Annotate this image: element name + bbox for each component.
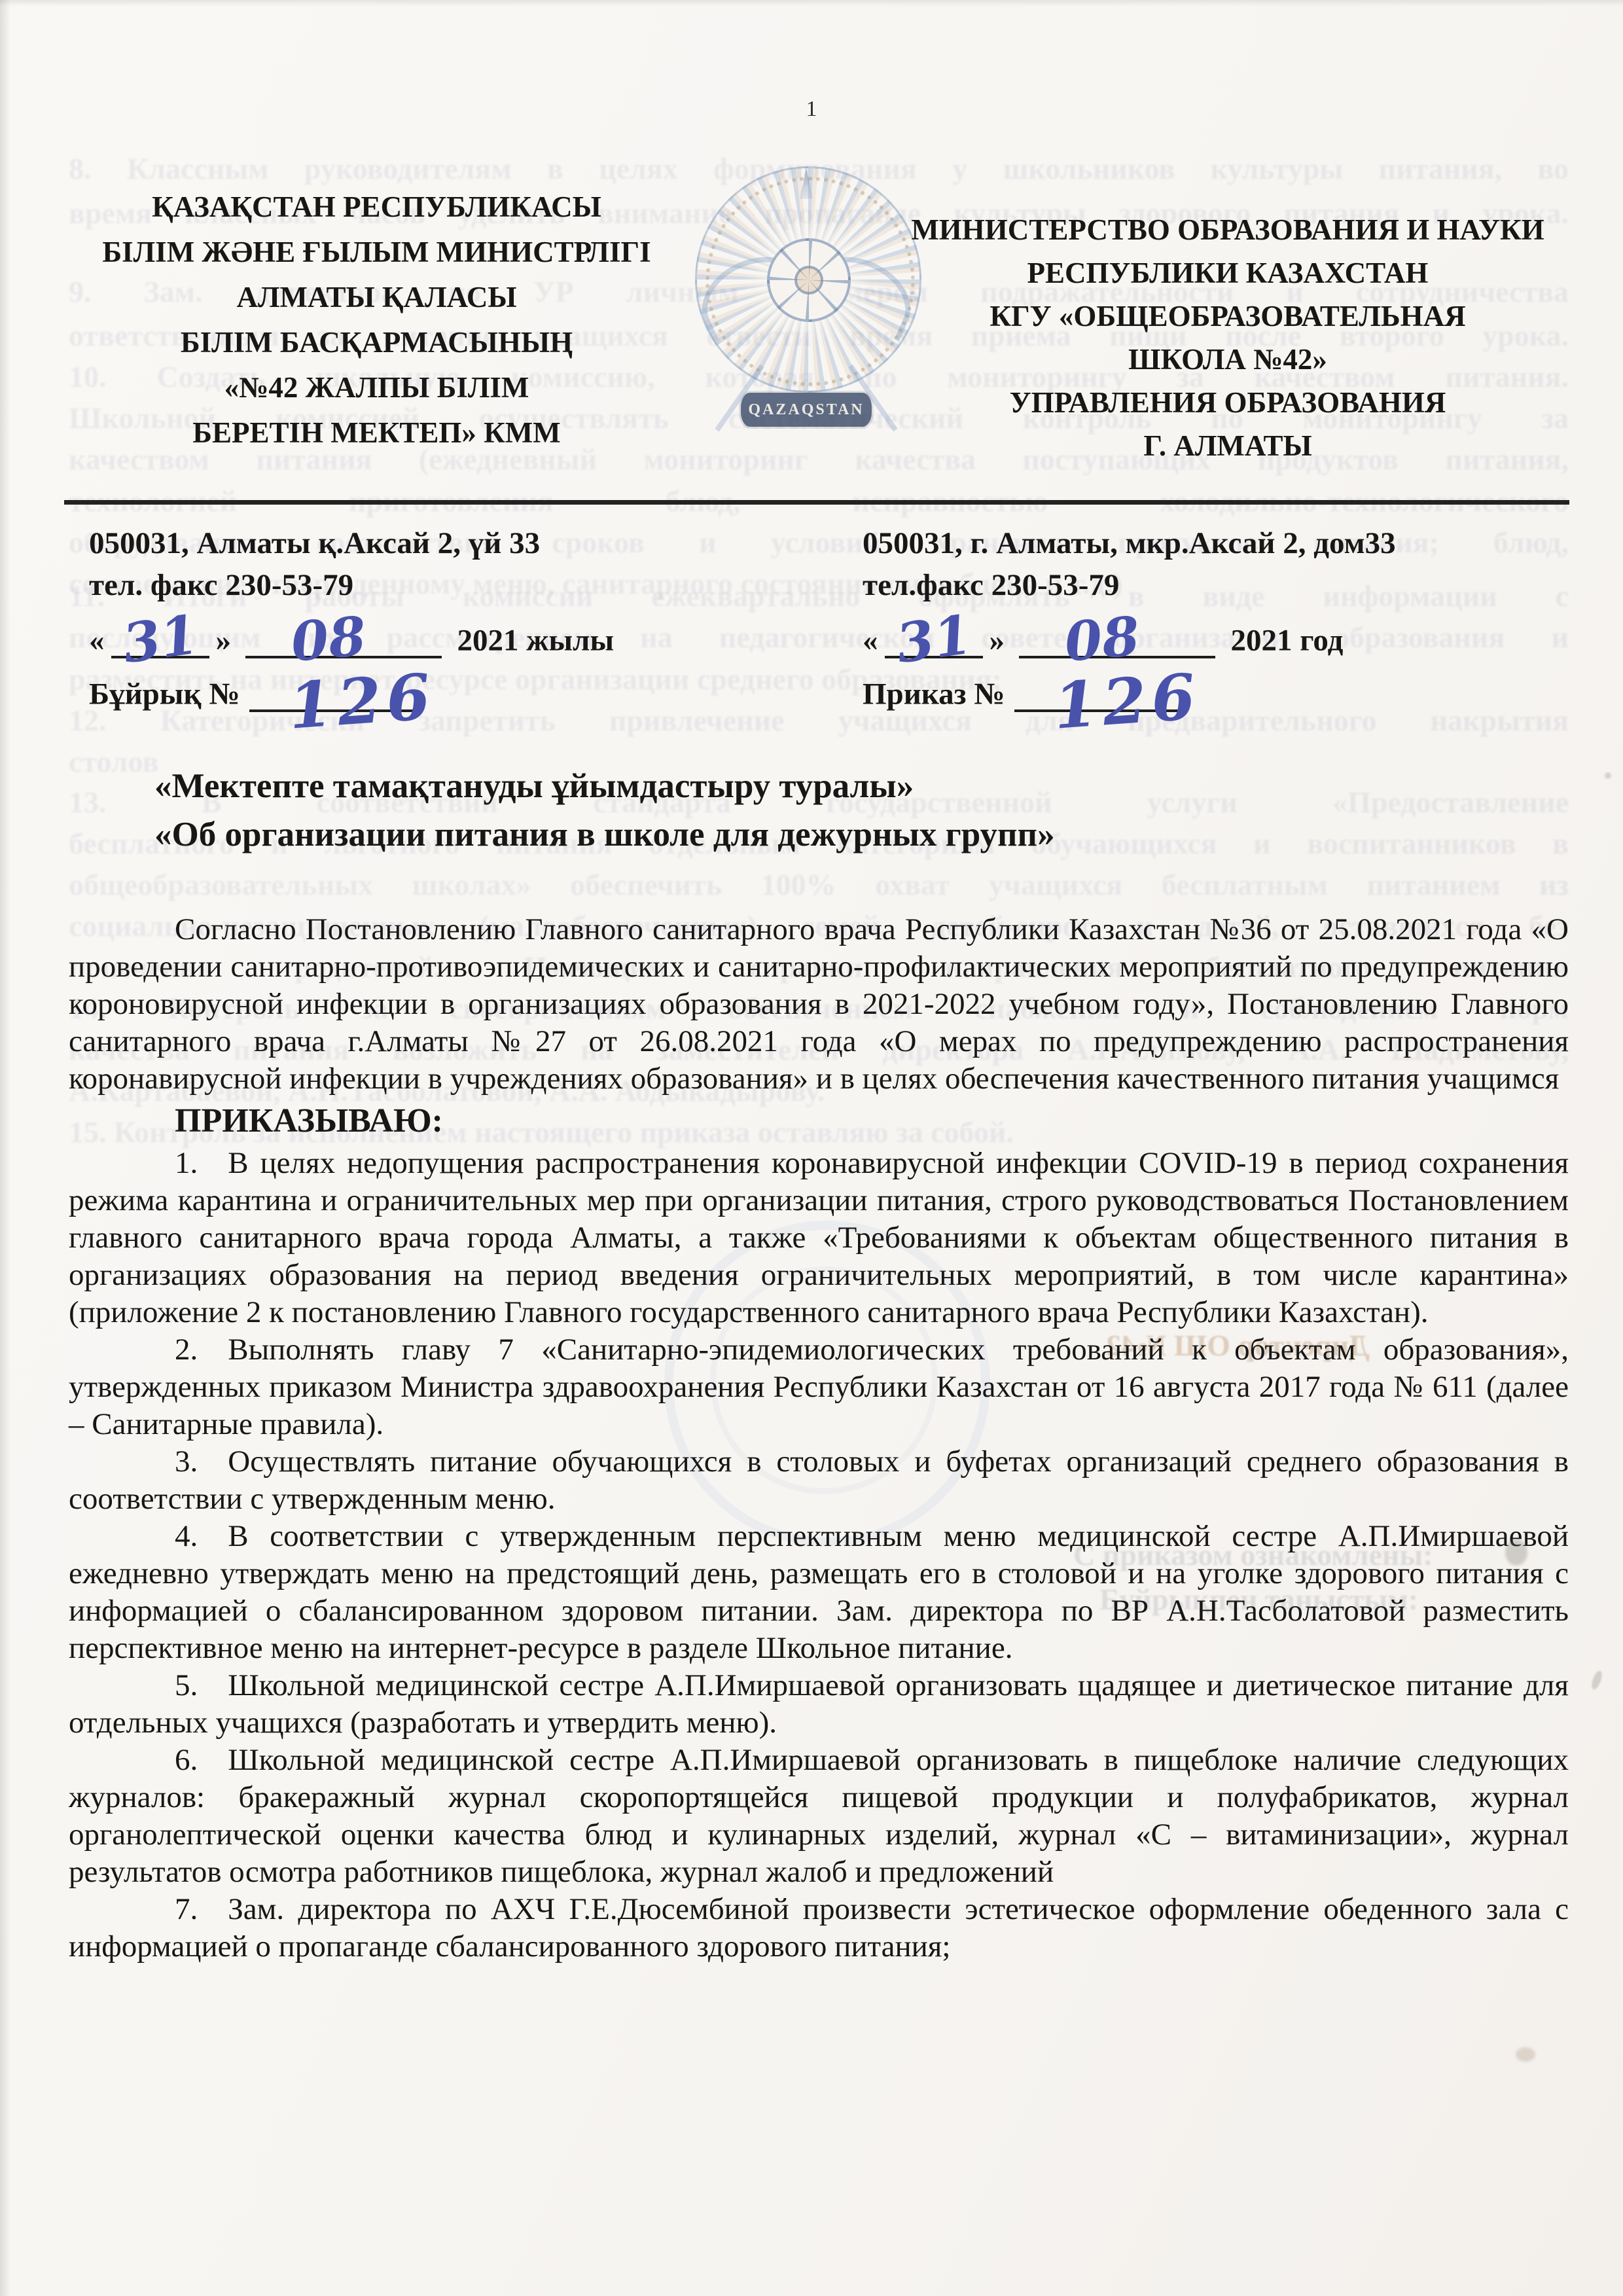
order-item: 3.Осуществлять питание обучающихся в сто… [69,1443,1569,1518]
order-number-kazakh: Бұйрық №126 [89,675,419,712]
letterhead-line: БІЛІМ БАСҚАРМАСЫНЫҢ [77,320,676,365]
order-number-blank: 126 [1014,675,1185,712]
order-label: Бұйрық № [89,677,240,711]
address-line: 050031, г. Алматы, мкр.Аксай 2, дом33 [863,522,1396,564]
scanned-order-page: 8. Классным руководителям в целях формир… [0,0,1623,2296]
item-number: 2. [175,1333,228,1367]
item-number: 6. [175,1743,228,1777]
item-text: В соответствии с утвержденным перспектив… [69,1519,1569,1665]
order-date-kazakh: «31»08 2021 жылы [89,622,614,658]
decree-keyword: ПРИКАЗЫВАЮ: [69,1098,1569,1145]
letterhead-line: МИНИСТЕРСТВО ОБРАЗОВАНИЯ И НАУКИ [878,208,1577,251]
year-label: 2021 год [1231,624,1344,658]
month-blank: 08 [1019,622,1215,658]
day-blank: 31 [111,622,209,658]
year-label: 2021 жылы [457,624,615,658]
item-text: Школьной медицинской сестре А.П.Имиршаев… [69,1668,1569,1740]
emblem-shanyrak [767,238,851,322]
title-line-kazakh: «Мектепте тамақтануды ұйымдастыру туралы… [154,762,1055,810]
phone-line: тел. факс 230-53-79 [89,564,540,606]
scan-edge-shadow [0,0,1623,7]
day-blank: 31 [885,622,983,658]
quote-open: « [89,624,105,658]
order-item: 2.Выполнять главу 7 «Санитарно-эпидемиол… [69,1331,1569,1443]
order-intro: Согласно Постановлению Главного санитарн… [69,911,1569,1098]
scan-speck [1605,772,1611,779]
letterhead-kazakh: ҚАЗАҚСТАН РЕСПУБЛИКАСЫ БІЛІМ ЖӘНЕ ҒЫЛЫМ … [77,185,676,456]
item-number: 3. [175,1444,228,1479]
document-content: 1 ҚАЗАҚСТАН РЕСПУБЛИКАСЫ БІЛІМ ЖӘНЕ ҒЫЛЫ… [0,0,1623,2296]
order-label: Приказ № [863,677,1005,711]
quote-open: « [863,624,878,658]
item-text: Зам. директора по АХЧ Г.Е.Дюсембиной про… [69,1892,1569,1964]
quote-close: » [990,624,1005,658]
item-number: 7. [175,1892,228,1926]
title-line-russian: «Об организации питания в школе для дежу… [154,810,1055,859]
order-item: 1.В целях недопущения распространения ко… [69,1145,1569,1331]
letterhead-line: БЕРЕТІН МЕКТЕП» КММ [77,410,676,456]
letterhead-line: ШКОЛА №42» [878,338,1577,381]
item-text: Выполнять главу 7 «Санитарно-эпидемиолог… [69,1333,1569,1441]
letterhead-line: ҚАЗАҚСТАН РЕСПУБЛИКАСЫ [77,185,676,230]
item-number: 4. [175,1519,228,1553]
handwritten-order-number: 126 [1051,665,1202,738]
scan-edge-shadow [0,0,10,2296]
address-block-russian: 050031, г. Алматы, мкр.Аксай 2, дом33 те… [863,522,1396,606]
order-number-russian: Приказ №126 [863,675,1185,712]
handwritten-month: 08 [289,609,368,670]
quote-close: » [216,624,232,658]
order-item: 7.Зам. директора по АХЧ Г.Е.Дюсембиной п… [69,1891,1569,1965]
letterhead-line: РЕСПУБЛИКИ КАЗАХСТАН [878,251,1577,295]
address-line: 050031, Алматы қ.Аксай 2, үй 33 [89,522,540,564]
letterhead-line: Г. АЛМАТЫ [878,424,1577,467]
order-date-russian: «31»08 2021 год [863,622,1343,658]
order-number-blank: 126 [249,675,419,712]
emblem-banner-text: QAZAQSTAN [748,401,864,419]
item-number: 5. [175,1668,228,1702]
page-number: 1 [0,97,1623,122]
header-divider-rule [64,500,1569,505]
letterhead-line: УПРАВЛЕНИЯ ОБРАЗОВАНИЯ [878,381,1577,424]
handwritten-month: 08 [1063,609,1142,670]
letterhead-russian: МИНИСТЕРСТВО ОБРАЗОВАНИЯ И НАУКИ РЕСПУБЛ… [878,208,1577,467]
order-body: Согласно Постановлению Главного санитарн… [69,911,1569,1965]
month-blank: 08 [245,622,442,658]
scan-speck [1505,1539,1527,1566]
phone-line: тел.факс 230-53-79 [863,564,1396,606]
scan-speck [1516,2047,1535,2062]
letterhead-line: «№42 ЖАЛПЫ БІЛІМ [77,365,676,410]
handwritten-day: 31 [119,607,200,671]
address-block-kazakh: 050031, Алматы қ.Аксай 2, үй 33 тел. фак… [89,522,540,606]
item-number: 1. [175,1146,228,1180]
item-text: Осуществлять питание обучающихся в столо… [69,1444,1569,1516]
emblem-banner: QAZAQSTAN [741,393,872,427]
handwritten-day: 31 [893,607,974,671]
item-text: В целях недопущения распространения коро… [69,1146,1569,1329]
item-text: Школьной медицинской сестре А.П.Имиршаев… [69,1743,1569,1889]
letterhead-line: БІЛІМ ЖӘНЕ ҒЫЛЫМ МИНИСТРЛІГІ [77,230,676,275]
order-item: 5.Школьной медицинской сестре А.П.Имирша… [69,1667,1569,1742]
document-title: «Мектепте тамақтануды ұйымдастыру туралы… [154,762,1055,859]
letterhead-line: АЛМАТЫ ҚАЛАСЫ [77,275,676,320]
handwritten-order-number: 126 [286,665,437,738]
order-item: 4.В соответствии с утвержденным перспект… [69,1518,1569,1667]
letterhead-line: КГУ «ОБЩЕОБРАЗОВАТЕЛЬНАЯ [878,295,1577,338]
order-item: 6.Школьной медицинской сестре А.П.Имирша… [69,1742,1569,1891]
